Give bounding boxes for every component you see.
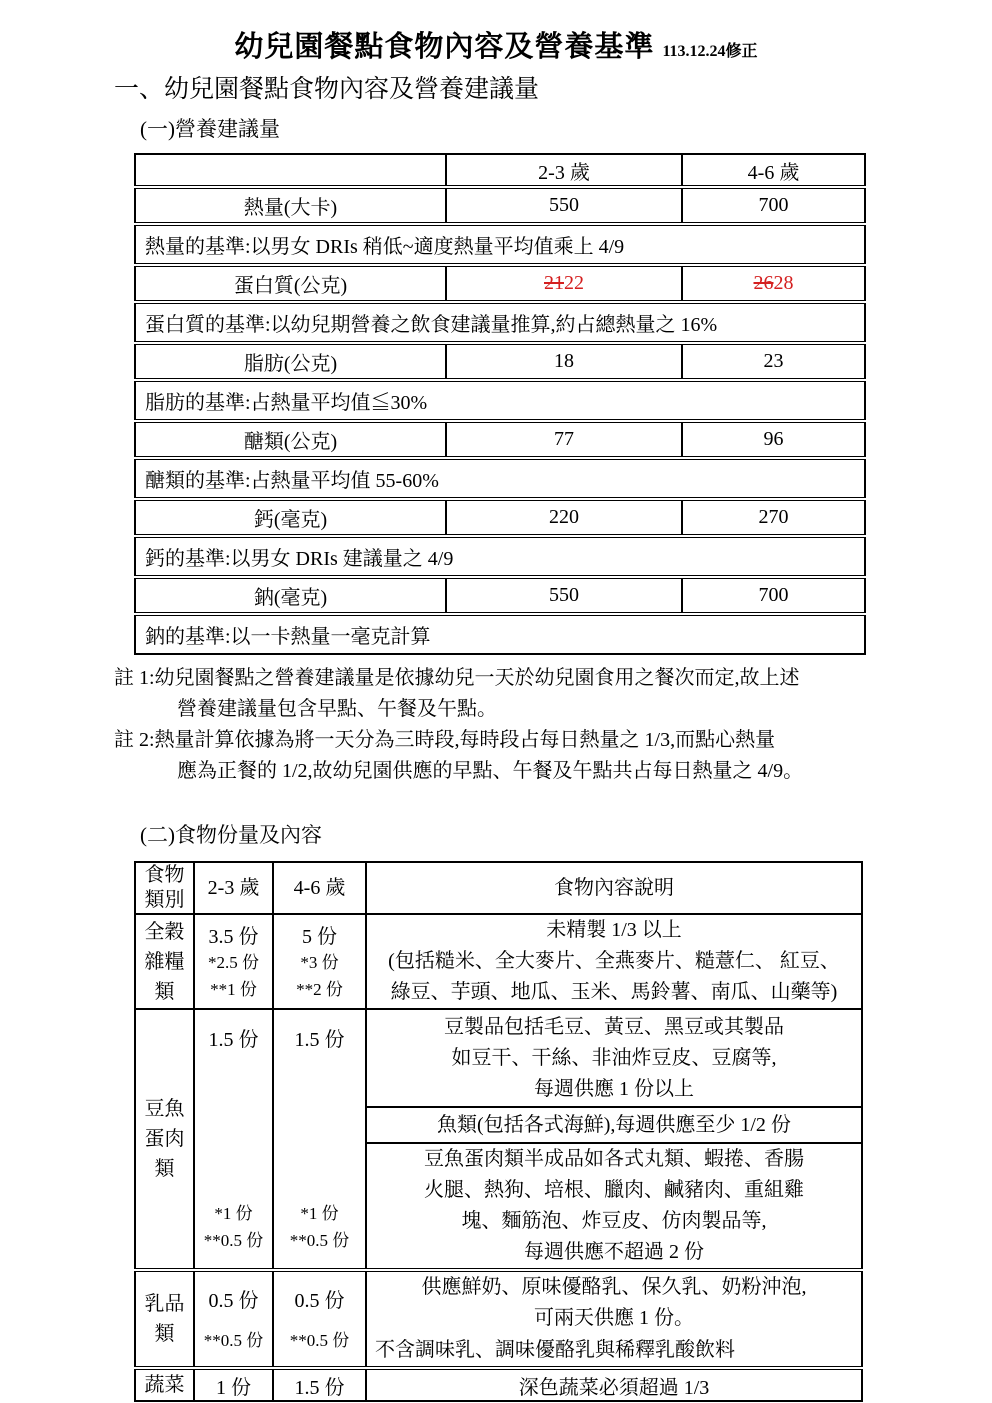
- calcium-2-3: 220: [446, 499, 682, 536]
- serving-main: 1.5 份: [209, 1023, 259, 1052]
- bean-category: 豆魚蛋肉類: [135, 1009, 194, 1270]
- nutrient-label: 蛋白質(公克): [135, 265, 446, 302]
- protein-basis-row: 蛋白質的基準:以幼兒期營養之飲食建議量推算,約占總熱量之 16%: [135, 302, 865, 343]
- desc-line: 可兩天供應 1 份。: [367, 1303, 861, 1334]
- title-line: 幼兒園餐點食物內容及營養基準 113.12.24修正: [0, 0, 992, 65]
- desc-line: 每週供應 1 份以上: [367, 1074, 861, 1105]
- grain-serving-2-3: 3.5 份 *2.5 份 **1 份: [194, 914, 273, 1009]
- serving-note: **2 份: [296, 976, 343, 1003]
- desc-line: 供應鮮奶、原味優酪乳、保久乳、奶粉沖泡,: [367, 1272, 861, 1303]
- empty-corner-cell: [135, 154, 446, 187]
- grain-desc-line: 綠豆、芋頭、地瓜、玉米、馬鈴薯、南瓜、山藥等): [367, 977, 861, 1008]
- serving-note: *3 份: [296, 949, 343, 976]
- desc-line: 火腿、熱狗、培根、臘肉、鹹豬肉、重組雞: [367, 1175, 861, 1206]
- note-2-line-2: 應為正餐的 1/2,故幼兒園供應的早點、午餐及午點共占每日熱量之 4/9。: [114, 756, 894, 787]
- dairy-category: 乳品類: [135, 1270, 194, 1368]
- bean-serving-4-6: 1.5 份 *1 份 **0.5 份: [273, 1009, 366, 1270]
- sodium-2-3: 550: [446, 577, 682, 614]
- serving-main: 0.5 份: [209, 1284, 259, 1313]
- nutrition-table: 2-3 歲 4-6 歲 熱量(大卡) 550 700 熱量的基準:以男女 DRI…: [134, 153, 866, 655]
- serving-notes: *3 份 **2 份: [296, 949, 343, 1003]
- serving-main: 5 份: [302, 920, 337, 949]
- section2-sub-heading: (二)食物份量及內容: [140, 819, 992, 849]
- protein-4-6-new-value: 28: [774, 272, 794, 294]
- section1-sub-heading: (一)營養建議量: [140, 113, 992, 143]
- protein-2-3: 2122: [446, 265, 682, 302]
- bean-fish-egg-meat-row: 豆魚蛋肉類 1.5 份 *1 份 **0.5 份 1.5 份 *1 份: [135, 1009, 862, 1107]
- serving-notes: *1 份 **0.5 份: [204, 1200, 264, 1254]
- vegetable-serving-2-3: 1 份: [194, 1368, 273, 1401]
- fish-description: 魚類(包括各式海鮮),每週供應至少 1/2 份: [366, 1107, 862, 1143]
- protein-2-3-new-value: 22: [564, 272, 584, 294]
- desc-line: 如豆干、干絲、非油炸豆皮、豆腐等,: [367, 1043, 861, 1074]
- carb-2-3: 77: [446, 421, 682, 458]
- calorie-row: 熱量(大卡) 550 700: [135, 187, 865, 224]
- dairy-serving-2-3: 0.5 份 **0.5 份: [194, 1270, 273, 1368]
- document-page: 幼兒園餐點食物內容及營養基準 113.12.24修正 一、幼兒園餐點食物內容及營…: [0, 0, 992, 1403]
- section1-heading: 一、幼兒園餐點食物內容及營養建議量: [114, 69, 992, 105]
- fat-row: 脂肪(公克) 18 23: [135, 343, 865, 380]
- sodium-basis-row: 鈉的基準:以一卡熱量一毫克計算: [135, 614, 865, 654]
- desc-line: 塊、麵筋泡、炸豆皮、仿肉製品等,: [367, 1206, 861, 1237]
- calcium-basis-row: 鈣的基準:以男女 DRIs 建議量之 4/9: [135, 536, 865, 577]
- age-header-4-6: 4-6 歲: [682, 154, 865, 187]
- nutrient-label: 鈉(毫克): [135, 577, 446, 614]
- carb-4-6: 96: [682, 421, 865, 458]
- desc-line: 豆魚蛋肉類半成品如各式丸類、蝦捲、香腸: [367, 1144, 861, 1175]
- description-header: 食物內容說明: [366, 862, 862, 914]
- calcium-4-6: 270: [682, 499, 865, 536]
- sodium-row: 鈉(毫克) 550 700: [135, 577, 865, 614]
- grain-category: 全穀雜糧類: [135, 914, 194, 1009]
- age-header-2-3: 2-3 歲: [446, 154, 682, 187]
- note-2-line-1: 註 2:熱量計算依據為將一天分為三時段,每時段占每日熱量之 1/3,而點心熱量: [114, 725, 894, 756]
- calcium-row: 鈣(毫克) 220 270: [135, 499, 865, 536]
- serving-note: *1 份: [204, 1200, 264, 1227]
- fat-4-6: 23: [682, 343, 865, 380]
- grain-desc-title: 未精製 1/3 以上: [367, 915, 861, 946]
- carb-basis-row: 醣類的基準:占熱量平均值 55-60%: [135, 458, 865, 499]
- fat-basis: 脂肪的基準:占熱量平均值≦30%: [135, 380, 865, 421]
- nutrient-label: 熱量(大卡): [135, 187, 446, 224]
- carb-row: 醣類(公克) 77 96: [135, 421, 865, 458]
- protein-4-6: 2628: [682, 265, 865, 302]
- desc-line: 每週供應不超過 2 份: [367, 1237, 861, 1268]
- grain-row: 全穀雜糧類 3.5 份 *2.5 份 **1 份 5 份 *3 份: [135, 914, 862, 1009]
- sodium-basis: 鈉的基準:以一卡熱量一毫克計算: [135, 614, 865, 654]
- serving-note: **0.5 份: [290, 1327, 350, 1354]
- serving-main: 1.5 份: [295, 1023, 345, 1052]
- protein-2-3-old-value: 21: [544, 272, 564, 294]
- notes-block: 註 1:幼兒園餐點之營養建議量是依據幼兒一天於幼兒園食用之餐次而定,故上述 營養…: [114, 663, 894, 787]
- serving-note: **1 份: [208, 976, 259, 1003]
- dairy-description: 供應鮮奶、原味優酪乳、保久乳、奶粉沖泡, 可兩天供應 1 份。 不含調味乳、調味…: [366, 1270, 862, 1368]
- bean-serving-2-3: 1.5 份 *1 份 **0.5 份: [194, 1009, 273, 1270]
- dairy-row: 乳品類 0.5 份 **0.5 份 0.5 份 **0.5 份 供應鮮奶、原味優…: [135, 1270, 862, 1368]
- fat-2-3: 18: [446, 343, 682, 380]
- bean-soy-description: 豆製品包括毛豆、黃豆、黑豆或其製品 如豆干、干絲、非油炸豆皮、豆腐等, 每週供應…: [366, 1009, 862, 1107]
- serving-notes: *2.5 份 **1 份: [208, 949, 259, 1003]
- note-1-line-2: 營養建議量包含早點、午餐及午點。: [114, 694, 894, 725]
- processed-description: 豆魚蛋肉類半成品如各式丸類、蝦捲、香腸 火腿、熱狗、培根、臘肉、鹹豬肉、重組雞 …: [366, 1143, 862, 1270]
- age-header-2-3: 2-3 歲: [194, 862, 273, 914]
- dairy-serving-4-6: 0.5 份 **0.5 份: [273, 1270, 366, 1368]
- serving-main: 0.5 份: [295, 1284, 345, 1313]
- vegetable-category: 蔬菜: [135, 1368, 194, 1401]
- protein-basis: 蛋白質的基準:以幼兒期營養之飲食建議量推算,約占總熱量之 16%: [135, 302, 865, 343]
- note-1-line-1: 註 1:幼兒園餐點之營養建議量是依據幼兒一天於幼兒園食用之餐次而定,故上述: [114, 663, 894, 694]
- grain-description: 未精製 1/3 以上 (包括糙米、全大麥片、全燕麥片、糙薏仁、 紅豆、 綠豆、芋…: [366, 914, 862, 1009]
- sodium-4-6: 700: [682, 577, 865, 614]
- calorie-basis: 熱量的基準:以男女 DRIs 稍低~適度熱量平均值乘上 4/9: [135, 224, 865, 265]
- desc-line: 豆製品包括毛豆、黃豆、黑豆或其製品: [367, 1012, 861, 1043]
- nutrition-header-row: 2-3 歲 4-6 歲: [135, 154, 865, 187]
- calcium-basis: 鈣的基準:以男女 DRIs 建議量之 4/9: [135, 536, 865, 577]
- revision-date: 113.12.24修正: [662, 43, 757, 60]
- age-header-4-6: 4-6 歲: [273, 862, 366, 914]
- serving-note: **0.5 份: [204, 1327, 264, 1354]
- calorie-4-6: 700: [682, 187, 865, 224]
- protein-row: 蛋白質(公克) 2122 2628: [135, 265, 865, 302]
- desc-line: 不含調味乳、調味優酪乳與稀釋乳酸飲料: [367, 1335, 861, 1366]
- vegetable-description: 深色蔬菜必須超過 1/3: [366, 1368, 862, 1401]
- nutrient-label: 醣類(公克): [135, 421, 446, 458]
- food-table: 食物類別 2-3 歲 4-6 歲 食物內容說明 全穀雜糧類 3.5 份 *2.5…: [134, 861, 863, 1402]
- vegetable-serving-4-6: 1.5 份: [273, 1368, 366, 1401]
- calorie-2-3: 550: [446, 187, 682, 224]
- fat-basis-row: 脂肪的基準:占熱量平均值≦30%: [135, 380, 865, 421]
- nutrient-label: 脂肪(公克): [135, 343, 446, 380]
- serving-note: **0.5 份: [290, 1227, 350, 1254]
- serving-main: 3.5 份: [209, 920, 259, 949]
- grain-serving-4-6: 5 份 *3 份 **2 份: [273, 914, 366, 1009]
- food-category-header: 食物類別: [135, 862, 194, 914]
- page-title: 幼兒園餐點食物內容及營養基準: [234, 31, 654, 63]
- serving-note: *1 份: [290, 1200, 350, 1227]
- serving-note: *2.5 份: [208, 949, 259, 976]
- serving-notes: *1 份 **0.5 份: [290, 1200, 350, 1254]
- vegetable-row: 蔬菜 1 份 1.5 份 深色蔬菜必須超過 1/3: [135, 1368, 862, 1401]
- calorie-basis-row: 熱量的基準:以男女 DRIs 稍低~適度熱量平均值乘上 4/9: [135, 224, 865, 265]
- carb-basis: 醣類的基準:占熱量平均值 55-60%: [135, 458, 865, 499]
- food-header-row: 食物類別 2-3 歲 4-6 歲 食物內容說明: [135, 862, 862, 914]
- serving-note: **0.5 份: [204, 1227, 264, 1254]
- grain-desc-line: (包括糙米、全大麥片、全燕麥片、糙薏仁、 紅豆、: [367, 946, 861, 977]
- nutrient-label: 鈣(毫克): [135, 499, 446, 536]
- protein-4-6-old-value: 26: [754, 272, 774, 294]
